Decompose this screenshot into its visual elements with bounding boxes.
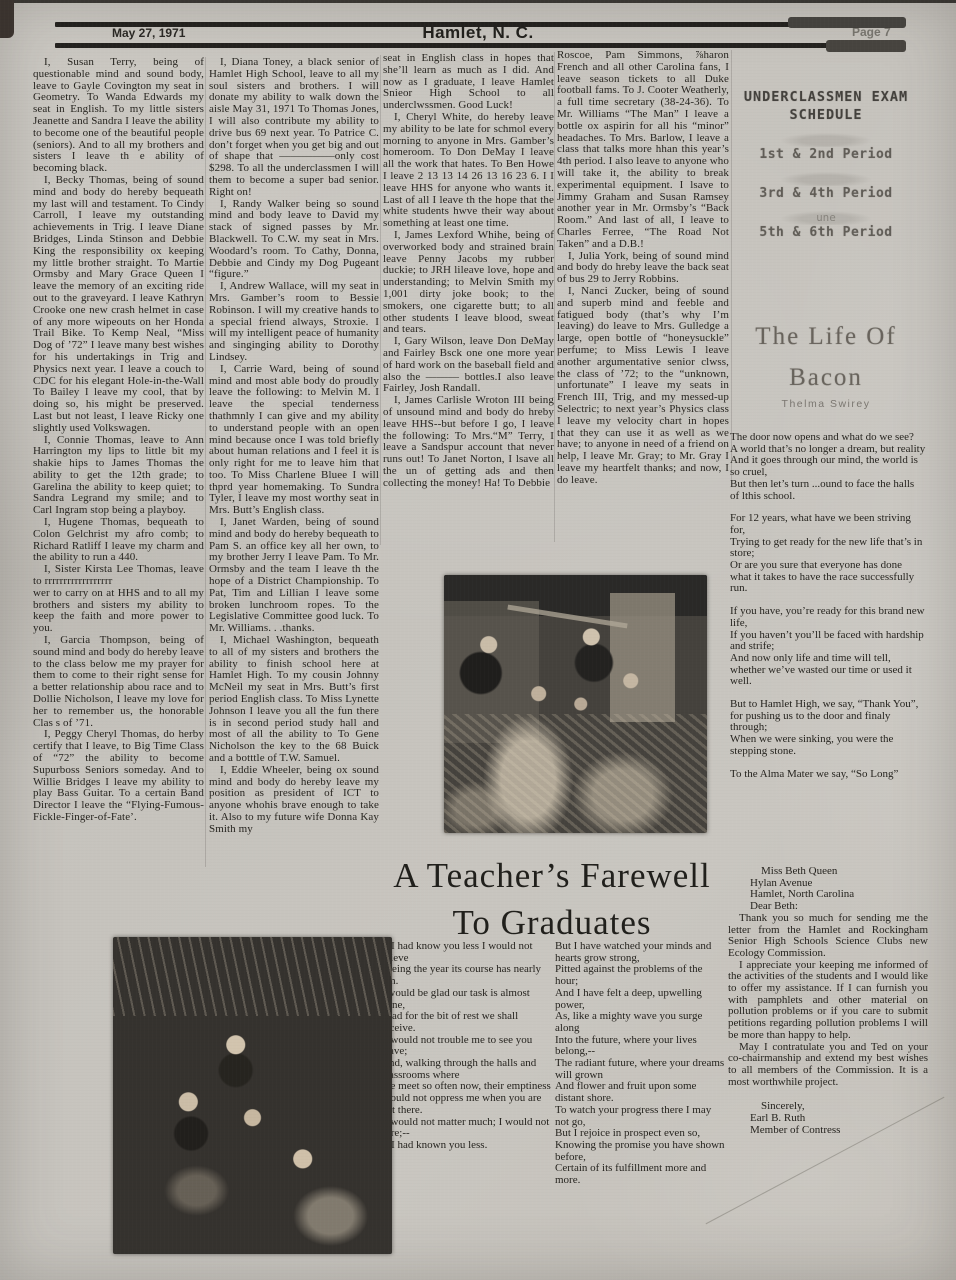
will-paragraph: I, Cheryl White, do hereby leave my abil… (383, 112, 554, 230)
will-paragraph: wer to carry on at HHS and to all my bro… (33, 588, 204, 635)
bacon-headline-line1: The Life Of (722, 316, 930, 357)
exam-schedule-date-smudge (781, 172, 871, 186)
letter-address: Miss Beth Queen Hylan Avenue Hamlet, Nor… (728, 866, 928, 913)
exam-schedule: UNDERCLASSMEN EXAM SCHEDULE 1st & 2nd Pe… (722, 88, 930, 241)
bacon-byline: Thelma Swirey (722, 398, 930, 410)
senior-wills-column-1: I, Susan Terry, being of questionable mi… (33, 57, 204, 824)
masthead-rule-bottom (55, 43, 903, 48)
will-paragraph: I, Diana Toney, a black senior of Hamlet… (209, 57, 379, 199)
masthead-title: Hamlet, N. C. (0, 23, 956, 43)
will-paragraph: I, Nanci Zucker, being of sound and supe… (557, 286, 729, 487)
letter-paragraph: May I contratulate you and Ted on your c… (728, 1042, 928, 1089)
exam-schedule-date-smudge (781, 133, 871, 147)
will-paragraph: Roscoe, Pam Simmons, ⅞haron French and a… (557, 50, 729, 251)
page-number: Page 7 (852, 25, 891, 39)
will-paragraph: I, James Lexford Whihe, being of overwor… (383, 230, 554, 336)
will-paragraph: I, Julia York, being of sound mind and b… (557, 251, 729, 286)
will-paragraph: I, Gary Wilson, leave Don DeMay and Fair… (383, 336, 554, 395)
will-paragraph: I, Susan Terry, being of questionable mi… (33, 57, 204, 175)
will-paragraph: I, Eddie Wheeler, being ox sound mind an… (209, 765, 379, 836)
will-paragraph: I, James Carlisle Wroton III being of un… (383, 395, 554, 489)
letter-signature: Sincerely, Earl B. Ruth Member of Contre… (728, 1101, 928, 1136)
senior-wills-column-2: I, Diana Toney, a black senior of Hamlet… (209, 57, 379, 836)
will-paragraph: seat in English class in hopes that she’… (383, 53, 554, 112)
ecology-letter: Miss Beth Queen Hylan Avenue Hamlet, Nor… (728, 866, 928, 1136)
exam-schedule-title-line1: UNDERCLASSMEN EXAM (722, 88, 930, 106)
senior-wills-column-3: seat in English class in hopes that she’… (383, 53, 554, 489)
will-paragraph: I, Sister Kirsta Lee Thomas, leave to rr… (33, 564, 204, 588)
farewell-headline: A Teacher’s Farewell To Graduates (376, 852, 728, 946)
column-rule (554, 52, 555, 542)
column-rule (205, 57, 206, 867)
bacon-headline-line2: Bacon (722, 357, 930, 398)
exam-schedule-title: UNDERCLASSMEN EXAM SCHEDULE (722, 88, 930, 124)
photo-girls (113, 937, 392, 1254)
exam-period-row: 1st & 2nd Period (722, 147, 930, 163)
poem-stanza: For 12 years, what have we been striving… (730, 513, 926, 595)
will-paragraph: I, Andrew Wallace, will my seat in Mrs. … (209, 281, 379, 364)
exam-schedule-date-smudge: une (781, 211, 871, 225)
life-of-bacon-poem: The door now opens and what do we see? A… (730, 432, 926, 791)
column-rule (380, 55, 381, 545)
farewell-headline-line2: To Graduates (376, 899, 728, 946)
will-paragraph: I, Hugene Thomas, bequeath to Colon Gelc… (33, 517, 204, 564)
students-group-photo (113, 937, 392, 1254)
poem-stanza: The door now opens and what do we see? A… (730, 432, 926, 502)
life-of-bacon-headline: The Life Of Bacon (722, 316, 930, 398)
classroom-photo (444, 575, 707, 833)
will-paragraph: I, Connie Thomas, leave to Ann Harringto… (33, 435, 204, 518)
poem-stanza: But to Hamlet High, we say, “Thank You”,… (730, 699, 926, 758)
poem-stanza: If you have, you’re ready for this brand… (730, 606, 926, 688)
photo-chairs (444, 714, 707, 833)
will-paragraph: I, Becky Thomas, being of sound mind and… (33, 175, 204, 435)
will-paragraph: I, Michael Washington, bequeath to all o… (209, 635, 379, 765)
farewell-poem-right: But I have watched your minds and hearts… (555, 941, 728, 1187)
farewell-headline-line1: A Teacher’s Farewell (376, 852, 728, 899)
will-paragraph: I, Randy Walker being so sound mind and … (209, 199, 379, 282)
will-paragraph: I, Janet Warden, being of sound mind and… (209, 517, 379, 635)
newspaper-page: May 27, 1971 Hamlet, N. C. Page 7 I, Sus… (0, 0, 956, 1280)
exam-period-row: 5th & 6th Period (722, 225, 930, 241)
will-paragraph: I, Carrie Ward, being of sound mind and … (209, 364, 379, 517)
letter-paragraph: I appreciate your keeping me informed of… (728, 960, 928, 1042)
exam-schedule-title-line2: SCHEDULE (722, 106, 930, 124)
will-paragraph: I, Peggy Cheryl Thomas, do herby certify… (33, 729, 204, 823)
exam-period-row: 3rd & 4th Period (722, 186, 930, 202)
farewell-poem-left: If I had know you less I would not griev… (381, 941, 552, 1152)
poem-stanza: To the Alma Mater we say, “So Long” (730, 769, 926, 781)
scan-edge-top (0, 0, 956, 3)
letter-paragraph: Thank you so much for sending me the let… (728, 913, 928, 960)
senior-wills-column-4: Roscoe, Pam Simmons, ⅞haron French and a… (557, 50, 729, 486)
will-paragraph: I, Garcia Thompson, being of sound mind … (33, 635, 204, 729)
